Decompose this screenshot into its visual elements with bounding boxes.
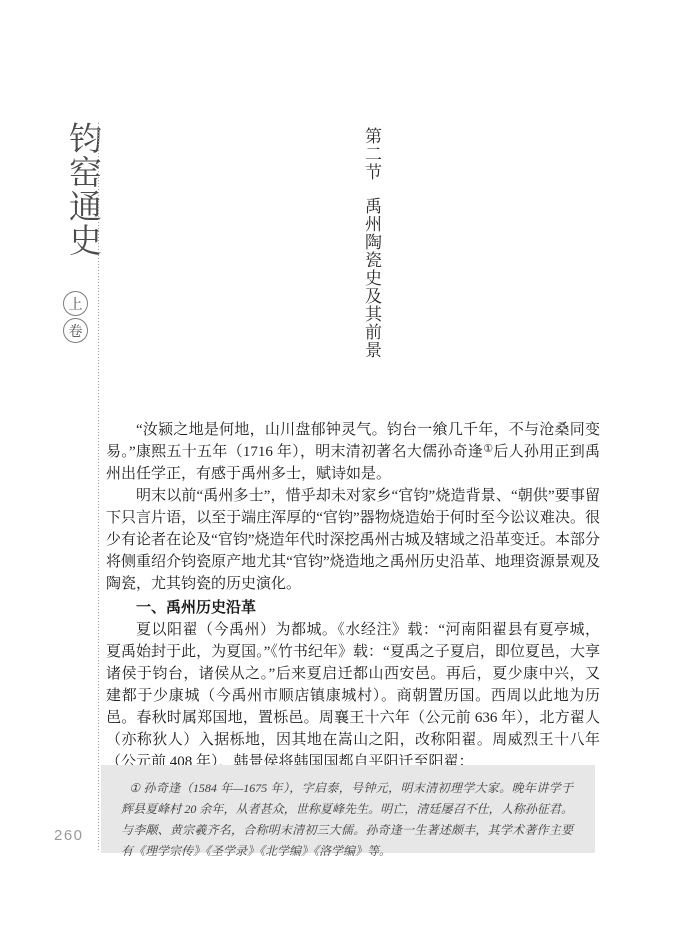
volume-char-lower: 卷 (63, 318, 88, 343)
paragraph-3: 夏以阳翟（今禹州）为都城。《水经注》载：“河南阳翟县有夏亭城，夏禹始封于此，为夏… (106, 619, 600, 773)
section-title: 禹州陶瓷史及其前景 (362, 197, 381, 359)
body-text-block: “汝颍之地是何地，山川盘郁钟灵气。钧台一飨几千年，不与沧桑同变易。”康熙五十五年… (106, 419, 600, 773)
paragraph-2: 明末以前“禹州多士”，惜乎却未对家乡“官钧”烧造背景、“朝供”要事留下只言片语，… (106, 485, 600, 595)
footnote-entry: ①孙奇逢（1584 年—1675 年），字启泰，号钟元，明末清初理学大家。晚年讲… (121, 778, 573, 862)
volume-badge: 上 卷 (63, 291, 88, 343)
spine-dotted-rule (98, 123, 99, 852)
footnote-marker: ① (129, 781, 140, 795)
footnote-text: 孙奇逢（1584 年—1675 年），字启泰，号钟元，明末清初理学大家。晚年讲学… (121, 781, 573, 858)
page-number: 260 (54, 827, 84, 844)
chapter-title-vertical: 第二节禹州陶瓷史及其前景 (359, 127, 383, 359)
section-heading-1: 一、禹州历史沿革 (106, 597, 600, 619)
volume-char-upper: 上 (63, 291, 88, 316)
footnote-reference-mark: ① (483, 443, 493, 455)
book-page: 钧窑通史 上 卷 第二节禹州陶瓷史及其前景 “汝颍之地是何地，山川盘郁钟灵气。钧… (0, 0, 700, 943)
section-number: 第二节 (359, 127, 383, 181)
paragraph-1: “汝颍之地是何地，山川盘郁钟灵气。钧台一飨几千年，不与沧桑同变易。”康熙五十五年… (106, 419, 600, 485)
footnote-box: ①孙奇逢（1584 年—1675 年），字启泰，号钟元，明末清初理学大家。晚年讲… (101, 765, 595, 853)
